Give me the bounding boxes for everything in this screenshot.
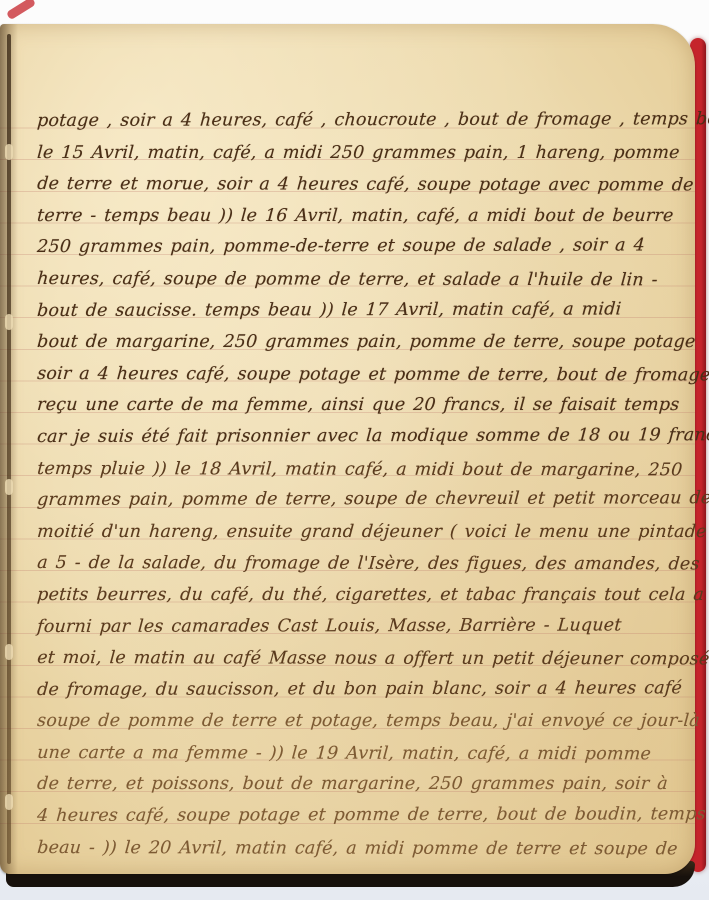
handwritten-line: temps pluie )) le 18 Avril, matin café, … [36, 454, 673, 487]
handwriting-text: potage , soir a 4 heures, café , choucro… [36, 106, 671, 864]
handwritten-line: de terre, et poissons, bout de margarine… [36, 769, 673, 801]
handwritten-line: soupe de pomme de terre et potage, temps… [36, 706, 673, 738]
handwritten-line: beau - )) le 20 Avril, matin café, a mid… [36, 833, 673, 866]
handwritten-line: heures, café, soupe de pomme de terre, e… [36, 264, 673, 297]
notebook-page: potage , soir a 4 heures, café , choucro… [0, 24, 695, 874]
notebook-cover-mark-top-left [6, 0, 36, 20]
handwritten-line: soir a 4 heures café, soupe potage et po… [36, 359, 673, 392]
handwritten-line: de terre et morue, soir a 4 heures café,… [36, 169, 673, 202]
handwritten-line: le 15 Avril, matin, café, a midi 250 gra… [36, 138, 673, 170]
stitch-mark [5, 644, 13, 660]
handwritten-line: a 5 - de la salade, du fromage de l'Isèr… [36, 548, 673, 581]
handwritten-line: de fromage, du saucisson, et du bon pain… [36, 673, 673, 706]
binding-gutter [0, 24, 18, 874]
handwritten-line: moitié d'un hareng, ensuite grand déjeun… [36, 517, 673, 549]
handwritten-line: grammes pain, pomme de terre, soupe de c… [36, 483, 673, 516]
handwritten-line: 250 grammes pain, pomme-de-terre et soup… [36, 231, 673, 264]
handwritten-line: car je suis été fait prisonnier avec la … [36, 420, 673, 453]
handwritten-line: terre - temps beau )) le 16 Avril, matin… [36, 201, 673, 233]
handwritten-line: une carte a ma femme - )) le 19 Avril, m… [36, 738, 673, 771]
handwritten-line: potage , soir a 4 heures, café , choucro… [36, 104, 673, 137]
scan-background: potage , soir a 4 heures, café , choucro… [0, 0, 709, 900]
stitch-mark [5, 479, 13, 495]
handwritten-line: fourni par les camarades Cast Louis, Mas… [36, 610, 673, 643]
handwritten-line: reçu une carte de ma femme, ainsi que 20… [36, 390, 673, 422]
handwritten-line: et moi, le matin au café Masse nous a of… [36, 643, 673, 676]
handwritten-line: 4 heures café, soupe potage et pomme de … [36, 799, 673, 832]
stitch-mark [5, 314, 13, 330]
stitch-mark [5, 144, 13, 160]
handwritten-line: petits beurres, du café, du thé, cigaret… [36, 580, 673, 612]
stitch-mark [5, 794, 13, 810]
handwritten-line: bout de margarine, 250 grammes pain, pom… [36, 327, 673, 359]
handwritten-line: bout de saucisse. temps beau )) le 17 Av… [36, 294, 673, 327]
